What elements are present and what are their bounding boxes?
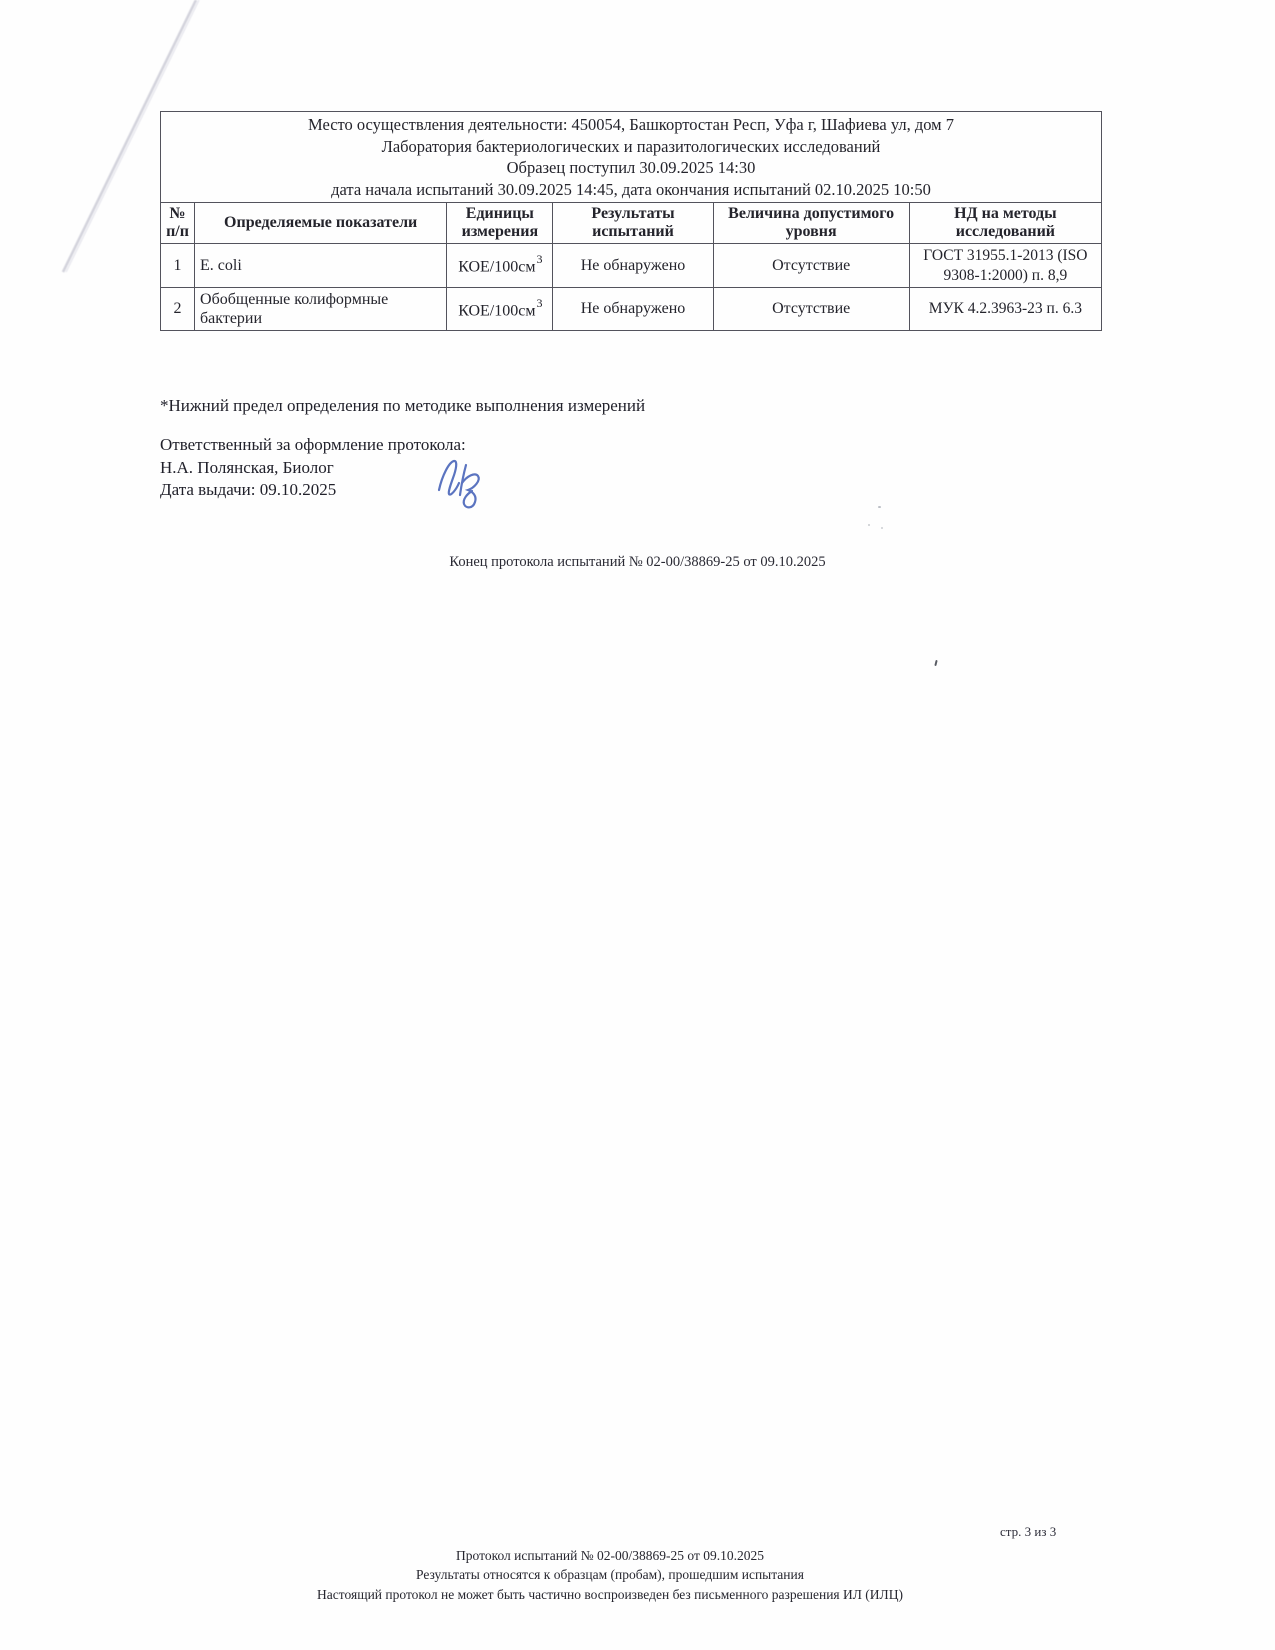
header-unit: Единицы измерения [447, 203, 553, 244]
footer-copyright-line: Настоящий протокол не может быть частичн… [0, 1585, 1220, 1604]
lower-limit-note: *Нижний предел определения по методике в… [160, 396, 645, 416]
test-result: Не обнаружено [553, 288, 713, 331]
row-number: 1 [161, 244, 195, 288]
footer-results-line: Результаты относятся к образцам (пробам)… [0, 1565, 1220, 1584]
header-allowed-level: Величина допустимого уровня [713, 203, 909, 244]
end-of-protocol-line: Конец протокола испытаний № 02-00/38869-… [0, 554, 1275, 571]
method-reference: МУК 4.2.3963-23 п. 6.3 [909, 288, 1101, 331]
table-row: 2 Обобщенные колиформные бактерии КОЕ/10… [161, 288, 1102, 331]
signature-image [433, 452, 499, 514]
table-header-row: № п/п Определяемые показатели Единицы из… [161, 203, 1102, 244]
page-number: стр. 3 из 3 [1000, 1524, 1056, 1540]
issue-date: Дата выдачи: 09.10.2025 [160, 479, 466, 502]
responsible-name: Н.А. Полянская, Биолог [160, 457, 466, 480]
page-footer: Протокол испытаний № 02-00/38869-25 от 0… [0, 1546, 1220, 1604]
scan-speck [934, 660, 937, 666]
test-dates-line: дата начала испытаний 30.09.2025 14:45, … [166, 179, 1096, 201]
test-result: Не обнаружено [553, 244, 713, 288]
method-reference: ГОСТ 31955.1-2013 (ISO 9308-1:2000) п. 8… [909, 244, 1101, 288]
header-num: № п/п [161, 203, 195, 244]
unit-value: КОЕ/100см3 [447, 288, 553, 331]
scan-speck [881, 527, 883, 529]
allowed-level: Отсутствие [713, 244, 909, 288]
sample-info-block: Место осуществления деятельности: 450054… [161, 112, 1102, 203]
allowed-level: Отсутствие [713, 288, 909, 331]
unit-value: КОЕ/100см3 [447, 244, 553, 288]
indicator-name: E. coli [195, 244, 447, 288]
activity-place-line: Место осуществления деятельности: 450054… [166, 114, 1096, 136]
table-row: 1 E. coli КОЕ/100см3 Не обнаружено Отсут… [161, 244, 1102, 288]
responsible-label: Ответственный за оформление протокола: [160, 434, 466, 457]
scan-speck [868, 524, 870, 526]
scan-speck [878, 506, 881, 508]
header-method-nd: НД на методы исследований [909, 203, 1101, 244]
responsible-block: Ответственный за оформление протокола: Н… [160, 434, 466, 502]
results-table: Место осуществления деятельности: 450054… [160, 111, 1102, 331]
sample-received-line: Образец поступил 30.09.2025 14:30 [166, 157, 1096, 179]
footer-protocol-line: Протокол испытаний № 02-00/38869-25 от 0… [0, 1546, 1220, 1565]
indicator-name: Обобщенные колиформные бактерии [195, 288, 447, 331]
header-result: Результаты испытаний [553, 203, 713, 244]
row-number: 2 [161, 288, 195, 331]
laboratory-name-line: Лаборатория бактериологических и паразит… [166, 136, 1096, 158]
header-indicator: Определяемые показатели [195, 203, 447, 244]
